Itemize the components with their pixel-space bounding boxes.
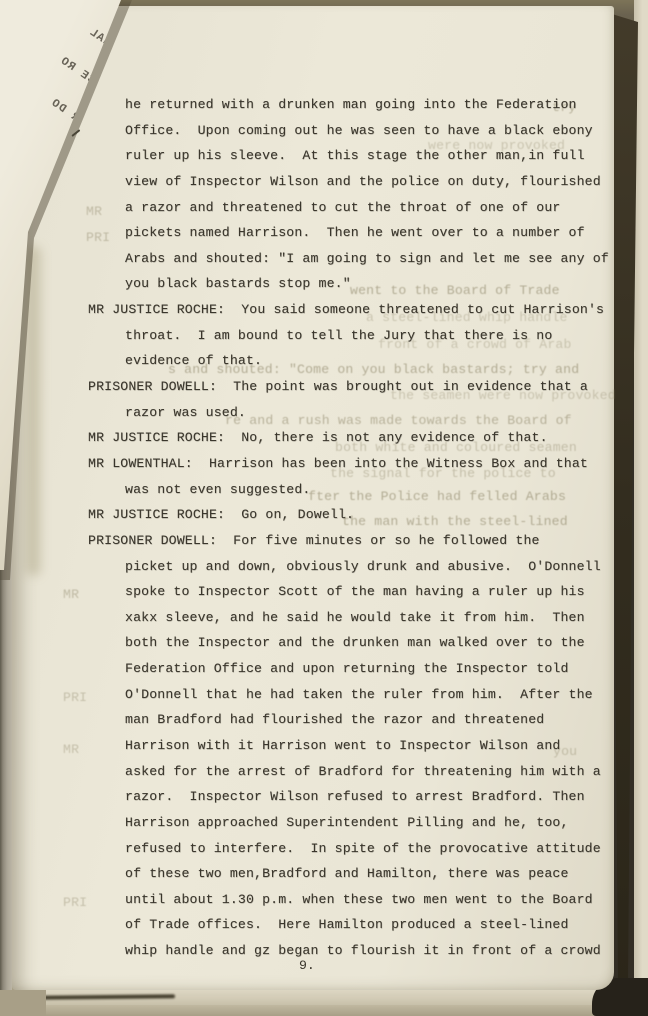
page-stack-edge: [0, 1005, 648, 1016]
page-sheet: [12, 6, 614, 990]
scanned-book-photo: MR LOWENTHALMR JUSTICE ROPRISONER DO try…: [0, 0, 648, 1016]
